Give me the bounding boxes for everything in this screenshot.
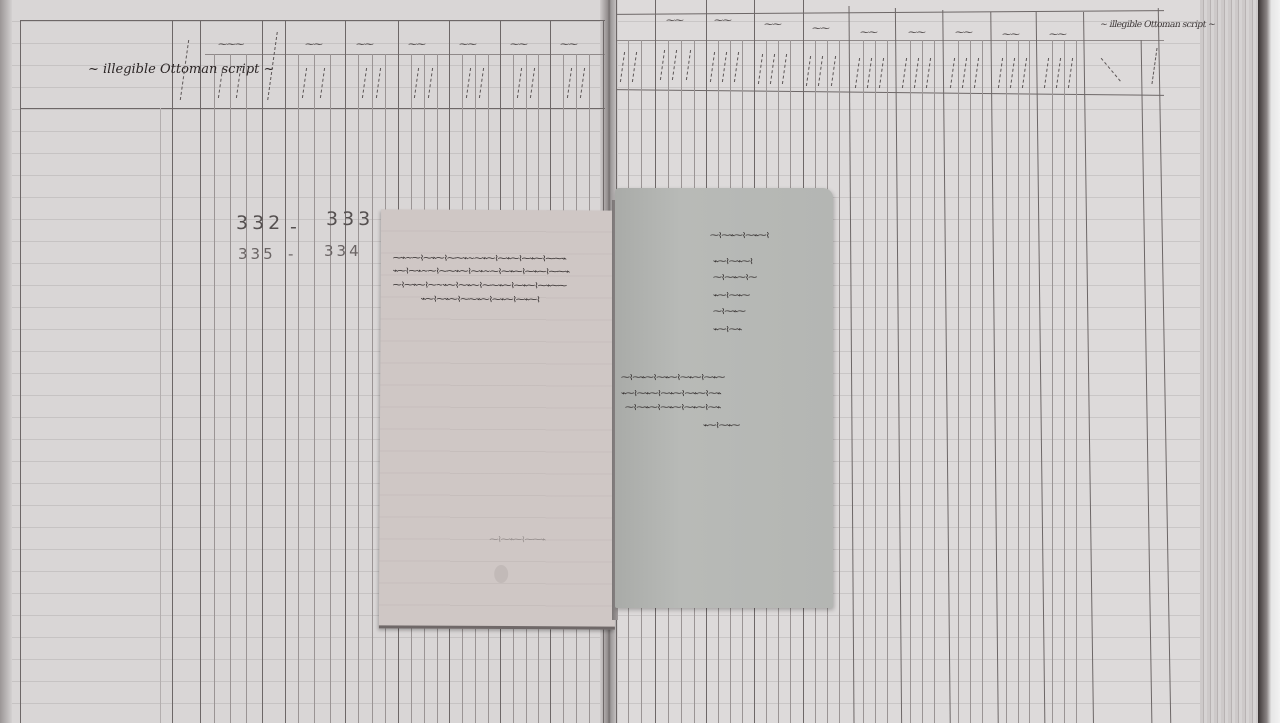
note-script-line (621, 390, 781, 399)
note-script-line (713, 292, 779, 301)
note-left-leaf (379, 209, 617, 629)
note-script-line (703, 422, 763, 431)
left-header-col-label: ⁓⁓ (509, 40, 528, 50)
book-left-edge (0, 0, 12, 723)
right-header-col-label: ⁓⁓ (907, 28, 926, 38)
ledger-photo: ~ illegible Ottoman script ~ ⁓⁓⁓ ⁓⁓ ⁓⁓ ⁓… (0, 0, 1280, 723)
left-header-col-label: ⁓⁓ (458, 40, 477, 50)
right-header-last-label: ~ illegible Ottoman script ~ (1099, 20, 1216, 30)
right-header-col-label: ⁓⁓ (713, 16, 732, 26)
right-header-col-label: ⁓⁓ (763, 20, 782, 30)
left-header-main-label: ~ illegible Ottoman script ~ (88, 62, 274, 77)
right-header-col-label: ⁓⁓ (954, 28, 973, 38)
pencil-number: 335 (238, 245, 276, 263)
note-script-line (713, 258, 783, 267)
book-cover-edge (1258, 0, 1280, 723)
right-header-col-label: ⁓⁓ (1001, 30, 1020, 40)
note-script-line (710, 232, 810, 241)
note-script-line (625, 404, 775, 413)
pencil-number: 334 (324, 242, 362, 260)
note-script-line (713, 326, 775, 335)
pencil-dash: - (290, 216, 301, 238)
note-script-line (421, 296, 571, 306)
right-header-col-label: ⁓⁓ (811, 24, 830, 34)
left-header-col-label: ⁓⁓ (559, 40, 578, 50)
pencil-dash: - (288, 245, 296, 263)
note-script-line (393, 254, 603, 264)
note-script-line (393, 267, 603, 277)
left-header-col-label: ⁓⁓ (304, 40, 323, 50)
note-script-line (713, 308, 773, 317)
note-script-line (621, 374, 781, 383)
left-header-subgroup-label: ⁓⁓⁓ (217, 40, 245, 50)
right-header-col-label: ⁓⁓ (859, 28, 878, 38)
right-header-col-label: ⁓⁓ (665, 16, 684, 26)
note-right-leaf (615, 188, 833, 608)
left-header-col-label: ⁓⁓ (407, 40, 426, 50)
right-header-col-label: ⁓⁓ (1048, 30, 1067, 40)
note-faint-pencil-line (489, 536, 569, 545)
pencil-number: 332 (236, 212, 284, 234)
note-script-line (713, 274, 783, 283)
pencil-number: 333 (326, 208, 374, 230)
left-header-col-label: ⁓⁓ (355, 40, 374, 50)
page-stack-edge (1200, 0, 1260, 723)
note-script-line (393, 281, 603, 291)
